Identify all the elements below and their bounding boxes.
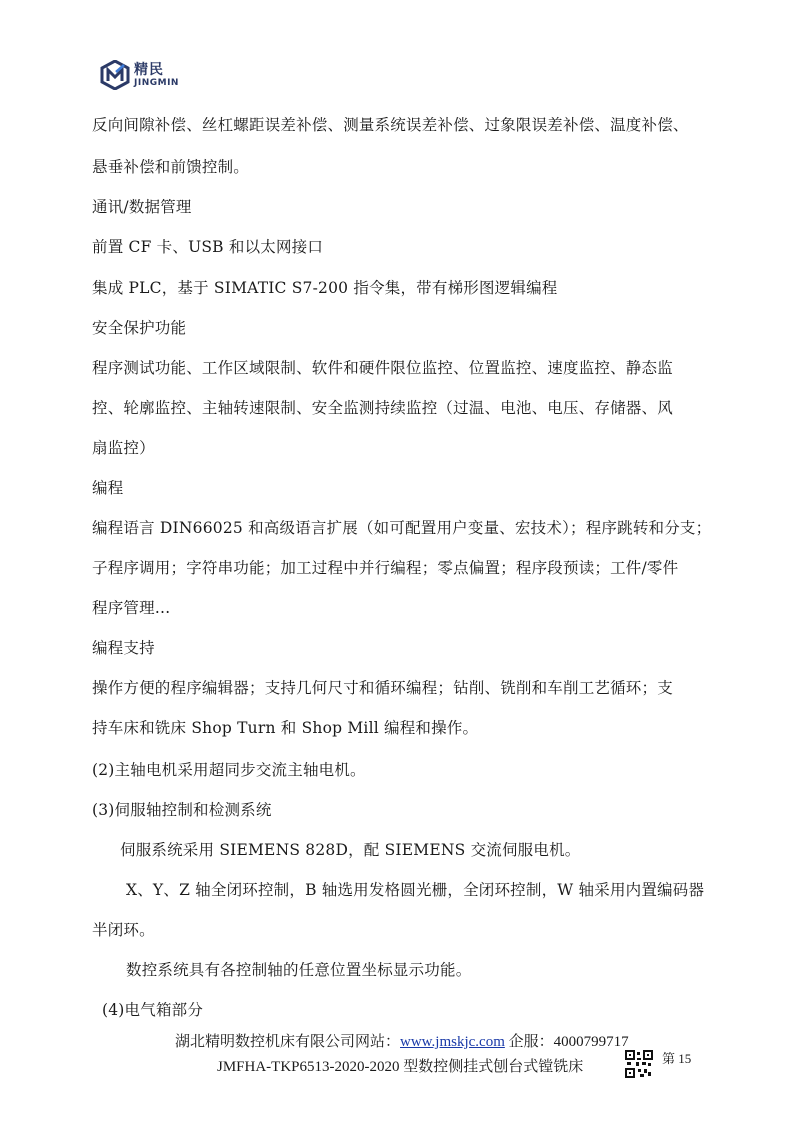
body-line: 半闭环。: [92, 918, 155, 940]
body-line: 集成 PLC，基于 SIMATIC S7-200 指令集，带有梯形图逻辑编程: [92, 276, 557, 298]
body-line: 数控系统具有各控制轴的任意位置坐标显示功能。: [126, 958, 471, 980]
body-line: 编程语言 DIN66025 和高级语言扩展（如可配置用户变量、宏技术）；程序跳转…: [92, 516, 711, 538]
jingmin-logo-icon: [100, 60, 130, 90]
qr-code-icon: [625, 1050, 653, 1078]
footer-company-line: 湖北精明数控机床有限公司网站：www.jmskjc.com 企服：4000799…: [175, 1030, 629, 1051]
company-logo: 精民 JINGMIN: [100, 58, 200, 92]
body-line: 扇监控）: [92, 436, 155, 458]
body-line: X、Y、Z 轴全闭环控制，B 轴选用发格圆光栅，全闭环控制，W 轴采用内置编码器: [126, 878, 704, 900]
numbered-item: (2)主轴电机采用超同步交流主轴电机。: [92, 758, 366, 780]
body-line: 反向间隙补偿、丝杠螺距误差补偿、测量系统误差补偿、过象限误差补偿、温度补偿、: [92, 113, 689, 135]
body-line: 子程序调用；字符串功能；加工过程中并行编程；零点偏置；程序段预读；工件/零件: [92, 556, 678, 578]
footer-company-name: 湖北精明数控机床有限公司网站：: [175, 1034, 400, 1050]
numbered-item: (4)电气箱部分: [102, 998, 203, 1020]
logo-chinese-name: 精民: [134, 63, 179, 77]
footer-model-line: JMFHA-TKP6513-2020-2020 型数控侧挂式刨台式镗铣床: [217, 1055, 583, 1076]
website-link[interactable]: www.jmskjc.com: [400, 1034, 505, 1050]
section-heading: 通讯/数据管理: [92, 195, 192, 217]
body-line: 持车床和铣床 Shop Turn 和 Shop Mill 编程和操作。: [92, 716, 478, 738]
logo-english-name: JINGMIN: [134, 79, 179, 88]
body-line: 前置 CF 卡、USB 和以太网接口: [92, 235, 323, 257]
body-line: 程序测试功能、工作区域限制、软件和硬件限位监控、位置监控、速度监控、静态监: [92, 356, 673, 378]
section-heading: 编程支持: [92, 636, 155, 658]
section-heading: 安全保护功能: [92, 316, 186, 338]
page-number: 第 15: [662, 1048, 691, 1067]
service-phone: 企服：4000799717: [505, 1034, 629, 1050]
numbered-item: (3)伺服轴控制和检测系统: [92, 798, 272, 820]
section-heading: 编程: [92, 476, 123, 498]
body-line: 伺服系统采用 SIEMENS 828D，配 SIEMENS 交流伺服电机。: [120, 838, 580, 860]
body-line: 悬垂补偿和前馈控制。: [92, 155, 249, 177]
body-line: 程序管理…: [92, 596, 171, 618]
body-line: 控、轮廓监控、主轴转速限制、安全监测持续监控（过温、电池、电压、存储器、风: [92, 396, 673, 418]
body-line: 操作方便的程序编辑器；支持几何尺寸和循环编程；钻削、铣削和车削工艺循环；支: [92, 676, 673, 698]
